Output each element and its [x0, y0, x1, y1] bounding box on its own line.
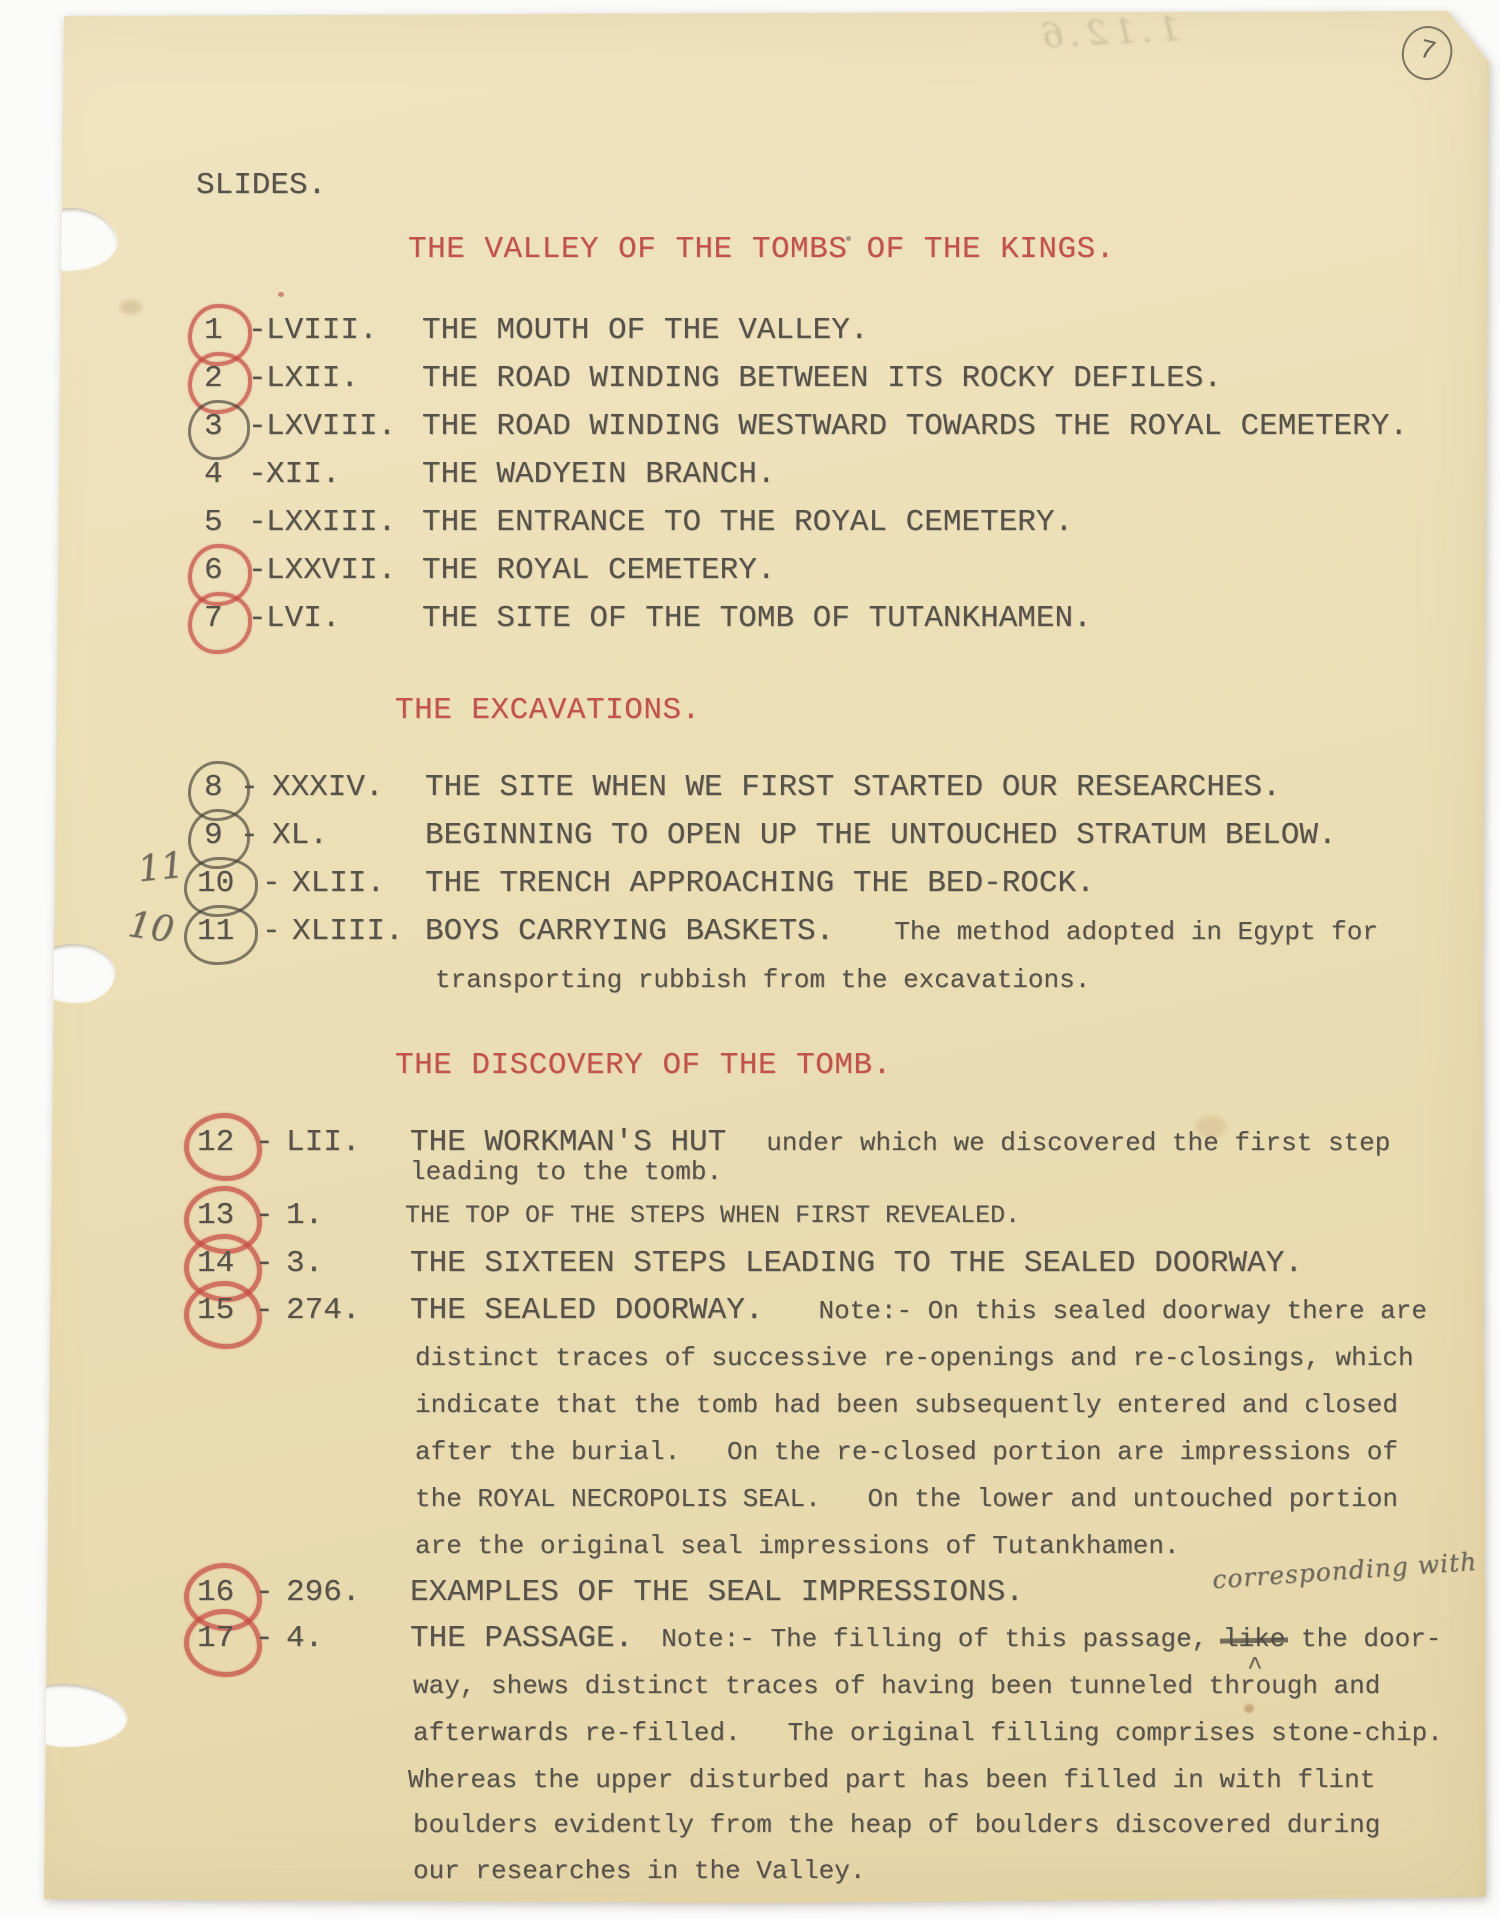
item-ref: LXII.: [266, 359, 359, 399]
item-desc: EXAMPLES OF THE SEAL IMPRESSIONS.: [410, 1573, 1024, 1613]
item-number: 15: [197, 1291, 234, 1331]
section-heading-row: THE EXCAVATIONS.: [0, 691, 1500, 731]
separator-dash: -: [255, 1244, 274, 1284]
note-wrap-line: boulders evidently from the heap of boul…: [413, 1805, 1380, 1845]
section-heading-row: THE DISCOVERY OF THE TOMB.: [0, 1046, 1500, 1086]
page-number-circled: 7: [1396, 21, 1458, 85]
item-number: 4: [204, 455, 223, 495]
item-note: The method adopted in Egypt for: [894, 917, 1378, 947]
item-desc: THE PASSAGE.Note:- The filling of this p…: [410, 1619, 1441, 1659]
separator-dash: -: [240, 768, 259, 808]
separator-dash: -: [255, 1619, 274, 1659]
separator-dash: -: [248, 599, 267, 639]
item-desc-caps: THE SEALED DOORWAY.: [410, 1293, 763, 1328]
note-line: Whereas the upper disturbed part has bee…: [0, 1760, 1500, 1800]
separator-dash: -: [248, 551, 267, 591]
separator-dash: -: [248, 503, 267, 543]
margin-renumber-note: 11: [136, 846, 186, 891]
item-desc-caps: THE PASSAGE.: [410, 1621, 633, 1656]
item-ref: XL.: [272, 816, 328, 856]
paper-stain: [278, 292, 284, 297]
section-heading: THE EXCAVATIONS.: [395, 691, 701, 731]
note-wrap-line: way, shews distinct traces of having bee…: [413, 1666, 1380, 1706]
list-item: 2 - LXII. THE ROAD WINDING BETWEEN ITS R…: [0, 359, 1500, 399]
separator-dash: -: [255, 1573, 274, 1613]
item-number: 3: [204, 407, 223, 447]
list-item: 15 - 274. THE SEALED DOORWAY.Note:- On t…: [0, 1291, 1500, 1331]
separator-dash: -: [255, 1196, 274, 1236]
separator-dash: -: [262, 864, 281, 904]
note-line: afterwards re-filled. The original filli…: [0, 1713, 1500, 1753]
item-number: 2: [204, 359, 223, 399]
note-wrap-line: Whereas the upper disturbed part has bee…: [408, 1760, 1375, 1800]
note-wrap-line: indicate that the tomb had been subseque…: [415, 1385, 1398, 1425]
item-ref: 274.: [286, 1291, 360, 1331]
item-ref: LVIII.: [266, 311, 378, 351]
item-note-after: the door-: [1285, 1624, 1441, 1654]
separator-dash: -: [255, 1291, 274, 1331]
item-number: 7: [204, 599, 223, 639]
item-ref: 296.: [286, 1573, 360, 1613]
note-wrap-line: the ROYAL NECROPOLIS SEAL. On the lower …: [415, 1479, 1398, 1519]
note-line: leading to the tomb.: [0, 1152, 1500, 1192]
note-wrap-line: leading to the tomb.: [410, 1152, 722, 1192]
note-wrap-line: are the original seal impressions of Tut…: [415, 1526, 1180, 1566]
note-line: way, shews distinct traces of having bee…: [0, 1666, 1500, 1706]
section-heading: THE DISCOVERY OF THE TOMB.: [395, 1046, 892, 1086]
item-desc: THE TOP OF THE STEPS WHEN FIRST REVEALED…: [405, 1196, 1020, 1236]
list-item: 14 - 3. THE SIXTEEN STEPS LEADING TO THE…: [0, 1244, 1500, 1284]
item-ref: XLIII.: [292, 912, 404, 952]
item-ref: LXXVII.: [266, 551, 396, 591]
item-desc: THE SITE OF THE TOMB OF TUTANKHAMEN.: [422, 599, 1092, 639]
list-item: 16 - 296. EXAMPLES OF THE SEAL IMPRESSIO…: [0, 1573, 1500, 1613]
item-desc: THE ROAD WINDING WESTWARD TOWARDS THE RO…: [422, 407, 1408, 447]
note-wrap-line: transporting rubbish from the excavation…: [435, 960, 1090, 1000]
note-wrap-line: after the burial. On the re-closed porti…: [415, 1432, 1398, 1472]
scanned-document-page: 1.12.6 7 SLIDES. THE VALLEY OF THE TOMBS…: [0, 0, 1500, 1919]
note-line: our researches in the Valley.: [0, 1851, 1500, 1891]
list-item: 11 10 - XLII. THE TRENCH APPROACHING THE…: [0, 864, 1500, 904]
item-desc-caps: BOYS CARRYING BASKETS.: [425, 914, 834, 949]
list-item: 5 - LXXIII. THE ENTRANCE TO THE ROYAL CE…: [0, 503, 1500, 543]
item-number: 8: [204, 768, 223, 808]
note-wrap-line: afterwards re-filled. The original filli…: [413, 1713, 1443, 1753]
item-number: 1: [204, 311, 223, 351]
separator-dash: -: [248, 311, 267, 351]
note-line: boulders evidently from the heap of boul…: [0, 1805, 1500, 1845]
note-wrap-line: distinct traces of successive re-opening…: [415, 1338, 1414, 1378]
note-wrap-line: our researches in the Valley.: [413, 1851, 865, 1891]
item-number: 10: [197, 864, 234, 904]
item-ref: LVI.: [266, 599, 340, 639]
separator-dash: -: [248, 455, 267, 495]
page-title: SLIDES.: [196, 166, 326, 206]
list-item: 10 11 - XLIII. BOYS CARRYING BASKETS.The…: [0, 912, 1500, 952]
item-desc: THE ROYAL CEMETERY.: [422, 551, 775, 591]
item-desc: THE SITE WHEN WE FIRST STARTED OUR RESEA…: [425, 768, 1281, 808]
item-number: 11: [197, 912, 234, 952]
item-note: Note:- On this sealed doorway there are: [818, 1296, 1427, 1326]
punch-hole-tear: [2, 1696, 46, 1734]
punch-hole: [28, 944, 114, 1002]
section-heading-row: THE VALLEY OF THE TOMBS OF THE KINGS.: [0, 230, 1500, 270]
item-number: 6: [204, 551, 223, 591]
bleed-through-text: 1.12.6: [839, 9, 1181, 67]
item-number: 9: [204, 816, 223, 856]
separator-dash: -: [262, 912, 281, 952]
item-desc: THE SIXTEEN STEPS LEADING TO THE SEALED …: [410, 1244, 1303, 1284]
item-desc: THE ENTRANCE TO THE ROYAL CEMETERY.: [422, 503, 1073, 543]
item-note-before: Note:- The filling of this passage,: [661, 1624, 1223, 1654]
item-desc: THE TRENCH APPROACHING THE BED-ROCK.: [425, 864, 1095, 904]
item-desc: BEGINNING TO OPEN UP THE UNTOUCHED STRAT…: [425, 816, 1337, 856]
item-ref: LXXIII.: [266, 503, 396, 543]
list-item: 7 - LVI. THE SITE OF THE TOMB OF TUTANKH…: [0, 599, 1500, 639]
separator-dash: -: [240, 816, 259, 856]
list-item: 6 - LXXVII. THE ROYAL CEMETERY.: [0, 551, 1500, 591]
item-number: 14: [197, 1244, 234, 1284]
list-item: 3 - LXVIII. THE ROAD WINDING WESTWARD TO…: [0, 407, 1500, 447]
item-desc: THE MOUTH OF THE VALLEY.: [422, 311, 868, 351]
separator-dash: -: [248, 407, 267, 447]
item-number: 17: [197, 1619, 234, 1659]
separator-dash: -: [248, 359, 267, 399]
item-ref: 3.: [286, 1244, 323, 1284]
list-item: 4 - XII. THE WADYEIN BRANCH.: [0, 455, 1500, 495]
item-number: 13: [197, 1196, 234, 1236]
note-line: after the burial. On the re-closed porti…: [0, 1432, 1500, 1472]
item-desc: THE WADYEIN BRANCH.: [422, 455, 775, 495]
item-ref: XII.: [266, 455, 340, 495]
note-line: distinct traces of successive re-opening…: [0, 1338, 1500, 1378]
item-ref: XXXIV.: [272, 768, 384, 808]
margin-renumber-note: 10: [125, 905, 176, 951]
item-ref: 4.: [286, 1619, 323, 1659]
paper-sheet: 1.12.6 7 SLIDES. THE VALLEY OF THE TOMBS…: [0, 0, 1500, 1919]
list-item: 1 - LVIII. THE MOUTH OF THE VALLEY.: [0, 311, 1500, 351]
item-ref: 1.: [286, 1196, 323, 1236]
list-item: 8 - XXXIV. THE SITE WHEN WE FIRST STARTE…: [0, 768, 1500, 808]
item-ref: XLII.: [292, 864, 385, 904]
item-number: 5: [204, 503, 223, 543]
note-line: the ROYAL NECROPOLIS SEAL. On the lower …: [0, 1479, 1500, 1519]
note-line: indicate that the tomb had been subseque…: [0, 1385, 1500, 1425]
paper-shadow-wrap: 1.12.6 7 SLIDES. THE VALLEY OF THE TOMBS…: [0, 0, 1500, 1919]
list-item: 17 - 4. THE PASSAGE.Note:- The filling o…: [0, 1619, 1500, 1659]
punch-hole-tear: [11, 215, 51, 248]
item-desc: BOYS CARRYING BASKETS.The method adopted…: [425, 912, 1378, 952]
list-item: 13 - 1. THE TOP OF THE STEPS WHEN FIRST …: [0, 1196, 1500, 1236]
item-number: 16: [197, 1573, 234, 1613]
list-item: 9 - XL. BEGINNING TO OPEN UP THE UNTOUCH…: [0, 816, 1500, 856]
item-desc: THE SEALED DOORWAY.Note:- On this sealed…: [410, 1291, 1427, 1331]
item-ref: LXVIII.: [266, 407, 396, 447]
document-title-row: SLIDES.: [0, 166, 1500, 206]
section-heading: THE VALLEY OF THE TOMBS OF THE KINGS.: [408, 230, 1115, 270]
note-line: transporting rubbish from the excavation…: [0, 960, 1500, 1000]
item-desc: THE ROAD WINDING BETWEEN ITS ROCKY DEFIL…: [422, 359, 1222, 399]
punch-hole: [30, 208, 116, 270]
